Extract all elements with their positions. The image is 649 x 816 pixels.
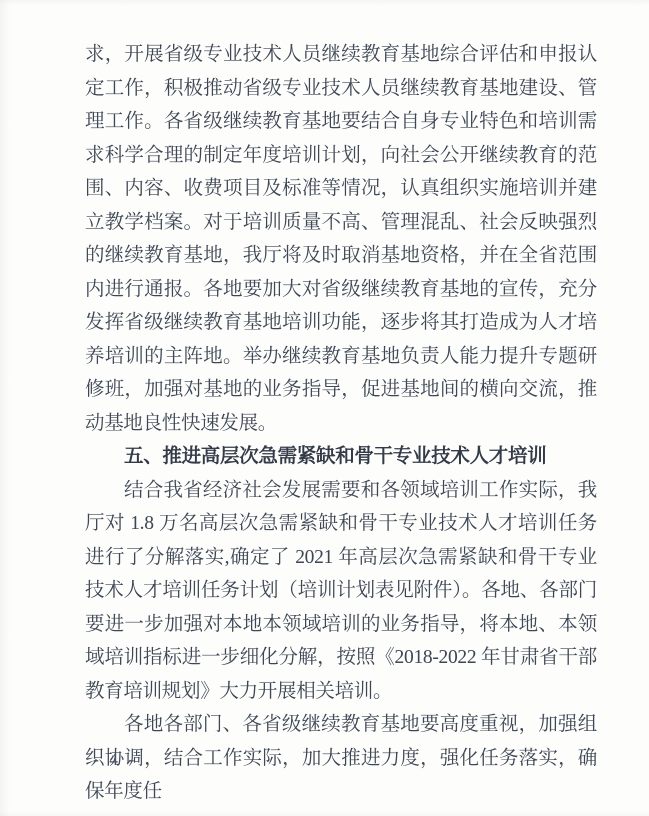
scan-edge-shading-top xyxy=(0,0,649,6)
scan-edge-shading-bottom xyxy=(0,811,649,816)
page-number: - 4 - xyxy=(93,749,136,770)
document-page: 求，开展省级专业技术人员继续教育基地综合评估和申报认定工作，积极推动省级专业技术… xyxy=(0,0,649,816)
scan-edge-shading-left xyxy=(0,0,10,816)
body-paragraph-continued: 求，开展省级专业技术人员继续教育基地综合评估和申报认定工作，积极推动省级专业技术… xyxy=(85,38,597,440)
section-heading: 五、推进高层次急需紧缺和骨干专业技术人才培训 xyxy=(85,440,597,474)
body-paragraph-training-plan: 结合我省经济社会发展需要和各领域培训工作实际，我厅对 1.8 万名高层次急需紧缺… xyxy=(85,474,597,709)
document-body: 求，开展省级专业技术人员继续教育基地综合评估和申报认定工作，积极推动省级专业技术… xyxy=(85,38,597,809)
body-paragraph-closing: 各地各部门、各省级继续教育基地要高度重视，加强组织协调，结合工作实际，加大推进力… xyxy=(85,708,597,809)
